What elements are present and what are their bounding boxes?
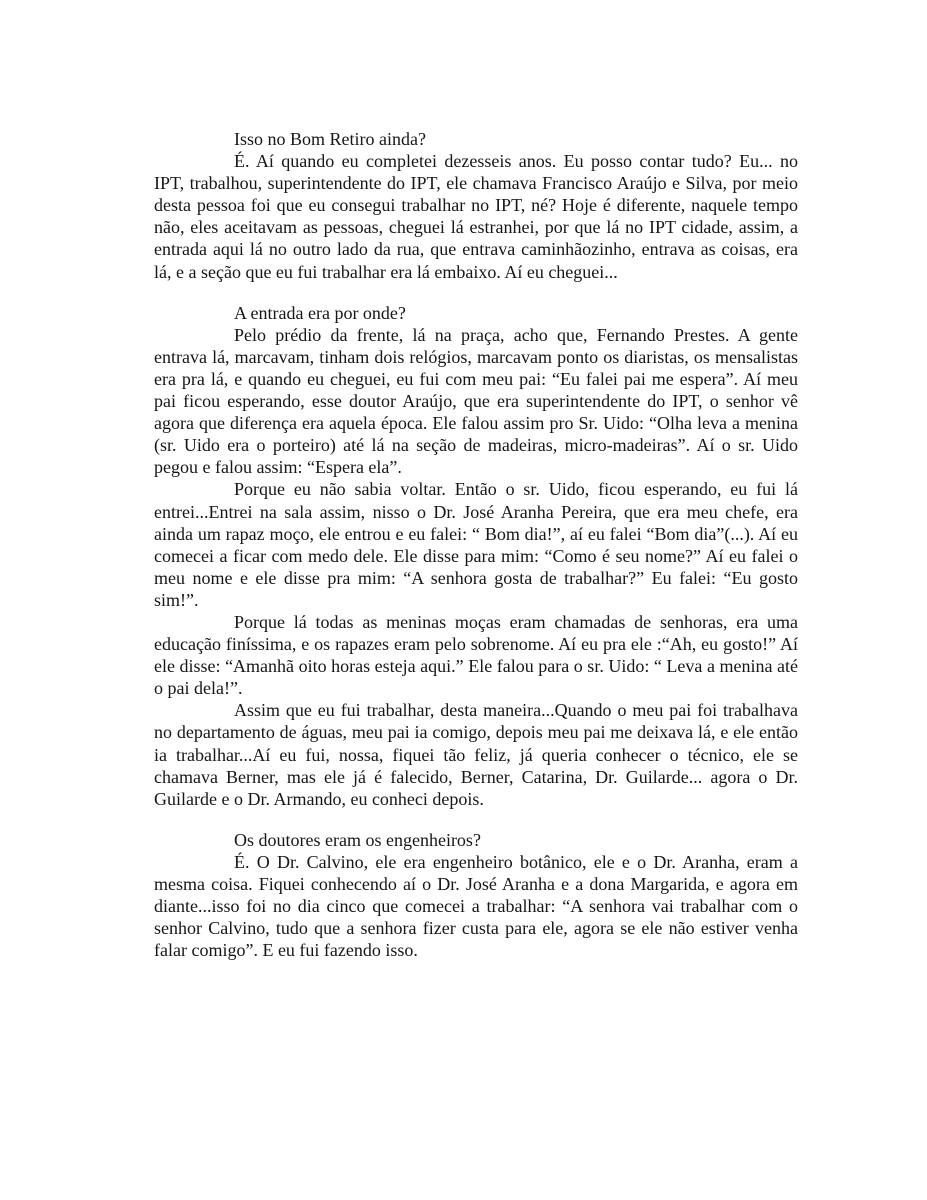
question-line-entrada: A entrada era por onde? — [154, 302, 798, 324]
answer-paragraph-predio-frente: Pelo prédio da frente, lá na praça, acho… — [154, 324, 798, 479]
question-line-bom-retiro: Isso no Bom Retiro ainda? — [154, 128, 798, 150]
document-page: Isso no Bom Retiro ainda? É. Aí quando e… — [0, 0, 927, 1200]
transcript-text-block: Isso no Bom Retiro ainda? É. Aí quando e… — [154, 128, 798, 961]
answer-paragraph-dr-calvino: É. O Dr. Calvino, ele era engenheiro bot… — [154, 851, 798, 961]
answer-paragraph-assim-fui-trabalhar: Assim que eu fui trabalhar, desta maneir… — [154, 699, 798, 809]
answer-paragraph-dr-jose-aranha: Porque eu não sabia voltar. Então o sr. … — [154, 478, 798, 611]
answer-paragraph-meninas-mocas: Porque lá todas as meninas moças eram ch… — [154, 611, 798, 699]
answer-paragraph-ipt-entrance: É. Aí quando eu completei dezesseis anos… — [154, 150, 798, 283]
question-line-doutores: Os doutores eram os engenheiros? — [154, 829, 798, 851]
